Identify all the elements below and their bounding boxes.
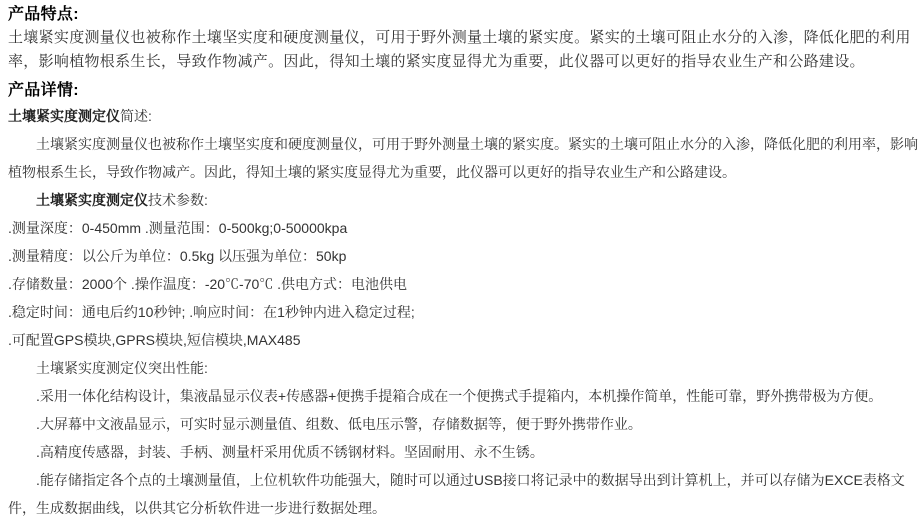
- performance-item-stainless-steel: .高精度传感器，封装、手柄、测量杆采用优质不锈钢材料。坚固耐用、永不生锈。: [8, 438, 918, 466]
- overview-label: 土壤紧实度测定仪简述:: [8, 102, 918, 130]
- specs-label-product-name: 土壤紧实度测定仪: [36, 192, 148, 208]
- features-heading: 产品特点:: [8, 4, 918, 26]
- overview-label-suffix: 简述:: [120, 108, 152, 124]
- specs-label: 土壤紧实度测定仪技术参数:: [8, 186, 918, 214]
- details-heading: 产品详情:: [8, 80, 918, 102]
- features-paragraph: 土壤紧实度测量仪也被称作土壤坚实度和硬度测量仪，可用于野外测量土壤的紧实度。紧实…: [8, 26, 918, 74]
- spec-line-depth-range: .测量深度：0-450mm .测量范围：0-500kg;0-50000kpa: [8, 214, 918, 242]
- performance-item-lcd-display: .大屏幕中文液晶显示，可实时显示测量值、组数、低电压示警，存储数据等，便于野外携…: [8, 410, 918, 438]
- performance-item-data-export: .能存储指定各个点的土壤测量值，上位机软件功能强大，随时可以通过USB接口将记录…: [8, 466, 918, 522]
- spec-line-modules: .可配置GPS模块,GPRS模块,短信模块,MAX485: [8, 326, 918, 354]
- overview-label-product-name: 土壤紧实度测定仪: [8, 108, 120, 124]
- spec-line-storage-temp-power: .存储数量：2000个 .操作温度：-20℃-70℃ .供电方式：电池供电: [8, 270, 918, 298]
- performance-label: 土壤紧实度测定仪突出性能:: [8, 354, 918, 382]
- specs-label-suffix: 技术参数:: [148, 192, 208, 208]
- details-section: 土壤紧实度测定仪简述: 土壤紧实度测量仪也被称作土壤坚实度和硬度测量仪，可用于野…: [8, 102, 918, 522]
- spec-line-precision: .测量精度：以公斤为单位：0.5kg 以压强为单位：50kp: [8, 242, 918, 270]
- overview-paragraph: 土壤紧实度测量仪也被称作土壤坚实度和硬度测量仪，可用于野外测量土壤的紧实度。紧实…: [8, 130, 918, 186]
- spec-line-stabilize-response: .稳定时间：通电后约10秒钟; .响应时间：在1秒钟内进入稳定过程;: [8, 298, 918, 326]
- product-description-page: 产品特点: 土壤紧实度测量仪也被称作土壤坚实度和硬度测量仪，可用于野外测量土壤的…: [0, 0, 922, 522]
- performance-item-integrated-design: .采用一体化结构设计，集液晶显示仪表+传感器+便携手提箱合成在一个便携式手提箱内…: [8, 382, 918, 410]
